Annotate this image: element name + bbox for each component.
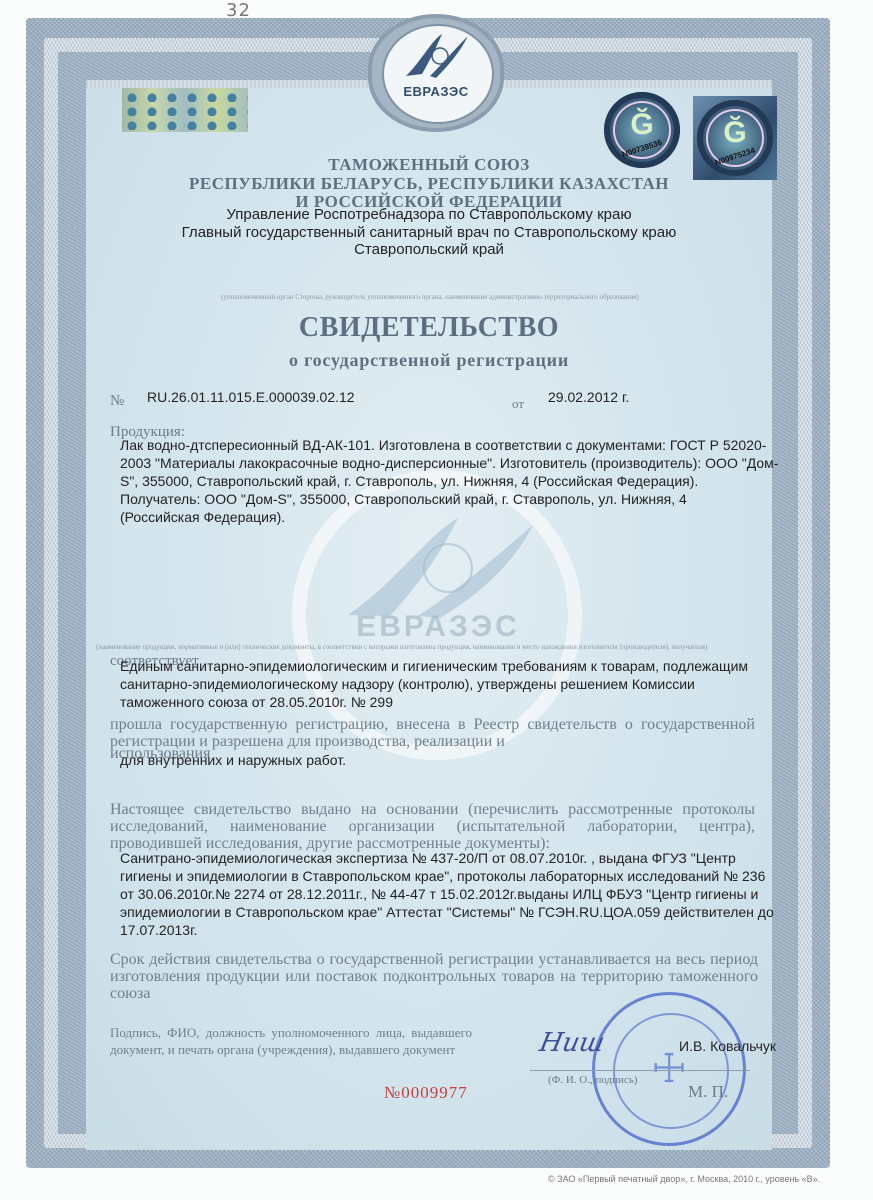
authority-line-3: Ставропольский край (86, 241, 772, 258)
copyright: © ЗАО «Первый печатный двор», г. Москва,… (548, 1174, 820, 1184)
compliance-line: Единым санитарно-эпидемиологическим и ги… (120, 657, 780, 675)
header-line-2: РЕСПУБЛИКИ БЕЛАРУСЬ, РЕСПУБЛИКИ КАЗАХСТА… (86, 174, 772, 194)
basis-documents: Санитрано-эпидемиологическая экспертиза … (120, 849, 780, 939)
registration-date: 29.02.2012 г. (548, 388, 629, 406)
product-caption: (наименование продукции, нормативные и (… (96, 643, 776, 651)
basis-text: Настоящее свидетельство выдано на основа… (110, 801, 755, 852)
authority-caption: (уполномоченный орган Стороны, руководит… (100, 293, 760, 301)
watermark-emblem-icon (328, 510, 548, 620)
watermark-text: ЕВРАЗЭС (318, 610, 558, 644)
name-caption: (Ф. И. О., подпись) (548, 1074, 638, 1086)
signature-label: Подпись, ФИО, должность уполномоченного … (110, 1024, 472, 1058)
signature-line (530, 1070, 750, 1071)
usage-value: для внутренних и наружных работ. (120, 751, 346, 769)
emblem-label: ЕВРАЗЭС (382, 84, 490, 99)
compliance-description: Единым санитарно-эпидемиологическим и ги… (120, 657, 780, 711)
product-line: S", 355000, Ставропольский край, г. Став… (120, 472, 780, 490)
official-seal: ☩ (592, 992, 746, 1146)
compliance-line: таможенного союза от 28.05.2010г. № 299 (120, 693, 780, 711)
date-label: от (512, 396, 524, 412)
registration-number: RU.26.01.11.015.Е.000039.02.12 (147, 388, 355, 406)
form-serial-number: №0009977 (384, 1083, 468, 1103)
eurasec-emblem-icon (402, 30, 472, 80)
seal-label: М. П. (688, 1082, 728, 1102)
product-line: 2003 "Материалы лакокрасочные водно-дисп… (120, 454, 780, 472)
compliance-line: санитарно-эпидемиологическому надзору (к… (120, 675, 780, 693)
certificate-subtitle: о государственной регистрации (86, 350, 772, 371)
product-description: Лак водно-дтспересионный ВД-АК-101. Изго… (120, 436, 780, 526)
basis-line: 17.07.2013г. (120, 921, 780, 939)
signer-name: И.В. Ковальчук (679, 1037, 776, 1055)
hologram-strip (122, 88, 248, 132)
signature: Ниш (537, 1028, 607, 1058)
basis-line: Санитрано-эпидемиологическая экспертиза … (120, 849, 780, 867)
product-line: Лак водно-дтспересионный ВД-АК-101. Изго… (120, 436, 780, 454)
basis-line: гигиены и эпидемиологии в Ставропольском… (120, 867, 780, 885)
product-line: (Российская Федерация). (120, 508, 780, 526)
basis-line: эпидемиологии в Ставропольском крае" Атт… (120, 903, 780, 921)
header-line-1: ТАМОЖЕННЫЙ СОЮЗ (86, 155, 772, 175)
basis-line: от 30.06.2010г.№ 2274 от 28.12.2011г., №… (120, 885, 780, 903)
product-line: Получатель: ООО "Дом-S", 355000, Ставроп… (120, 490, 780, 508)
certificate-title: СВИДЕТЕЛЬСТВО (86, 312, 772, 344)
authority-line-2: Главный государственный санитарный врач … (86, 224, 772, 241)
authority-line-1: Управление Роспотребнадзора по Ставропол… (86, 206, 772, 223)
number-label: № (110, 393, 124, 410)
